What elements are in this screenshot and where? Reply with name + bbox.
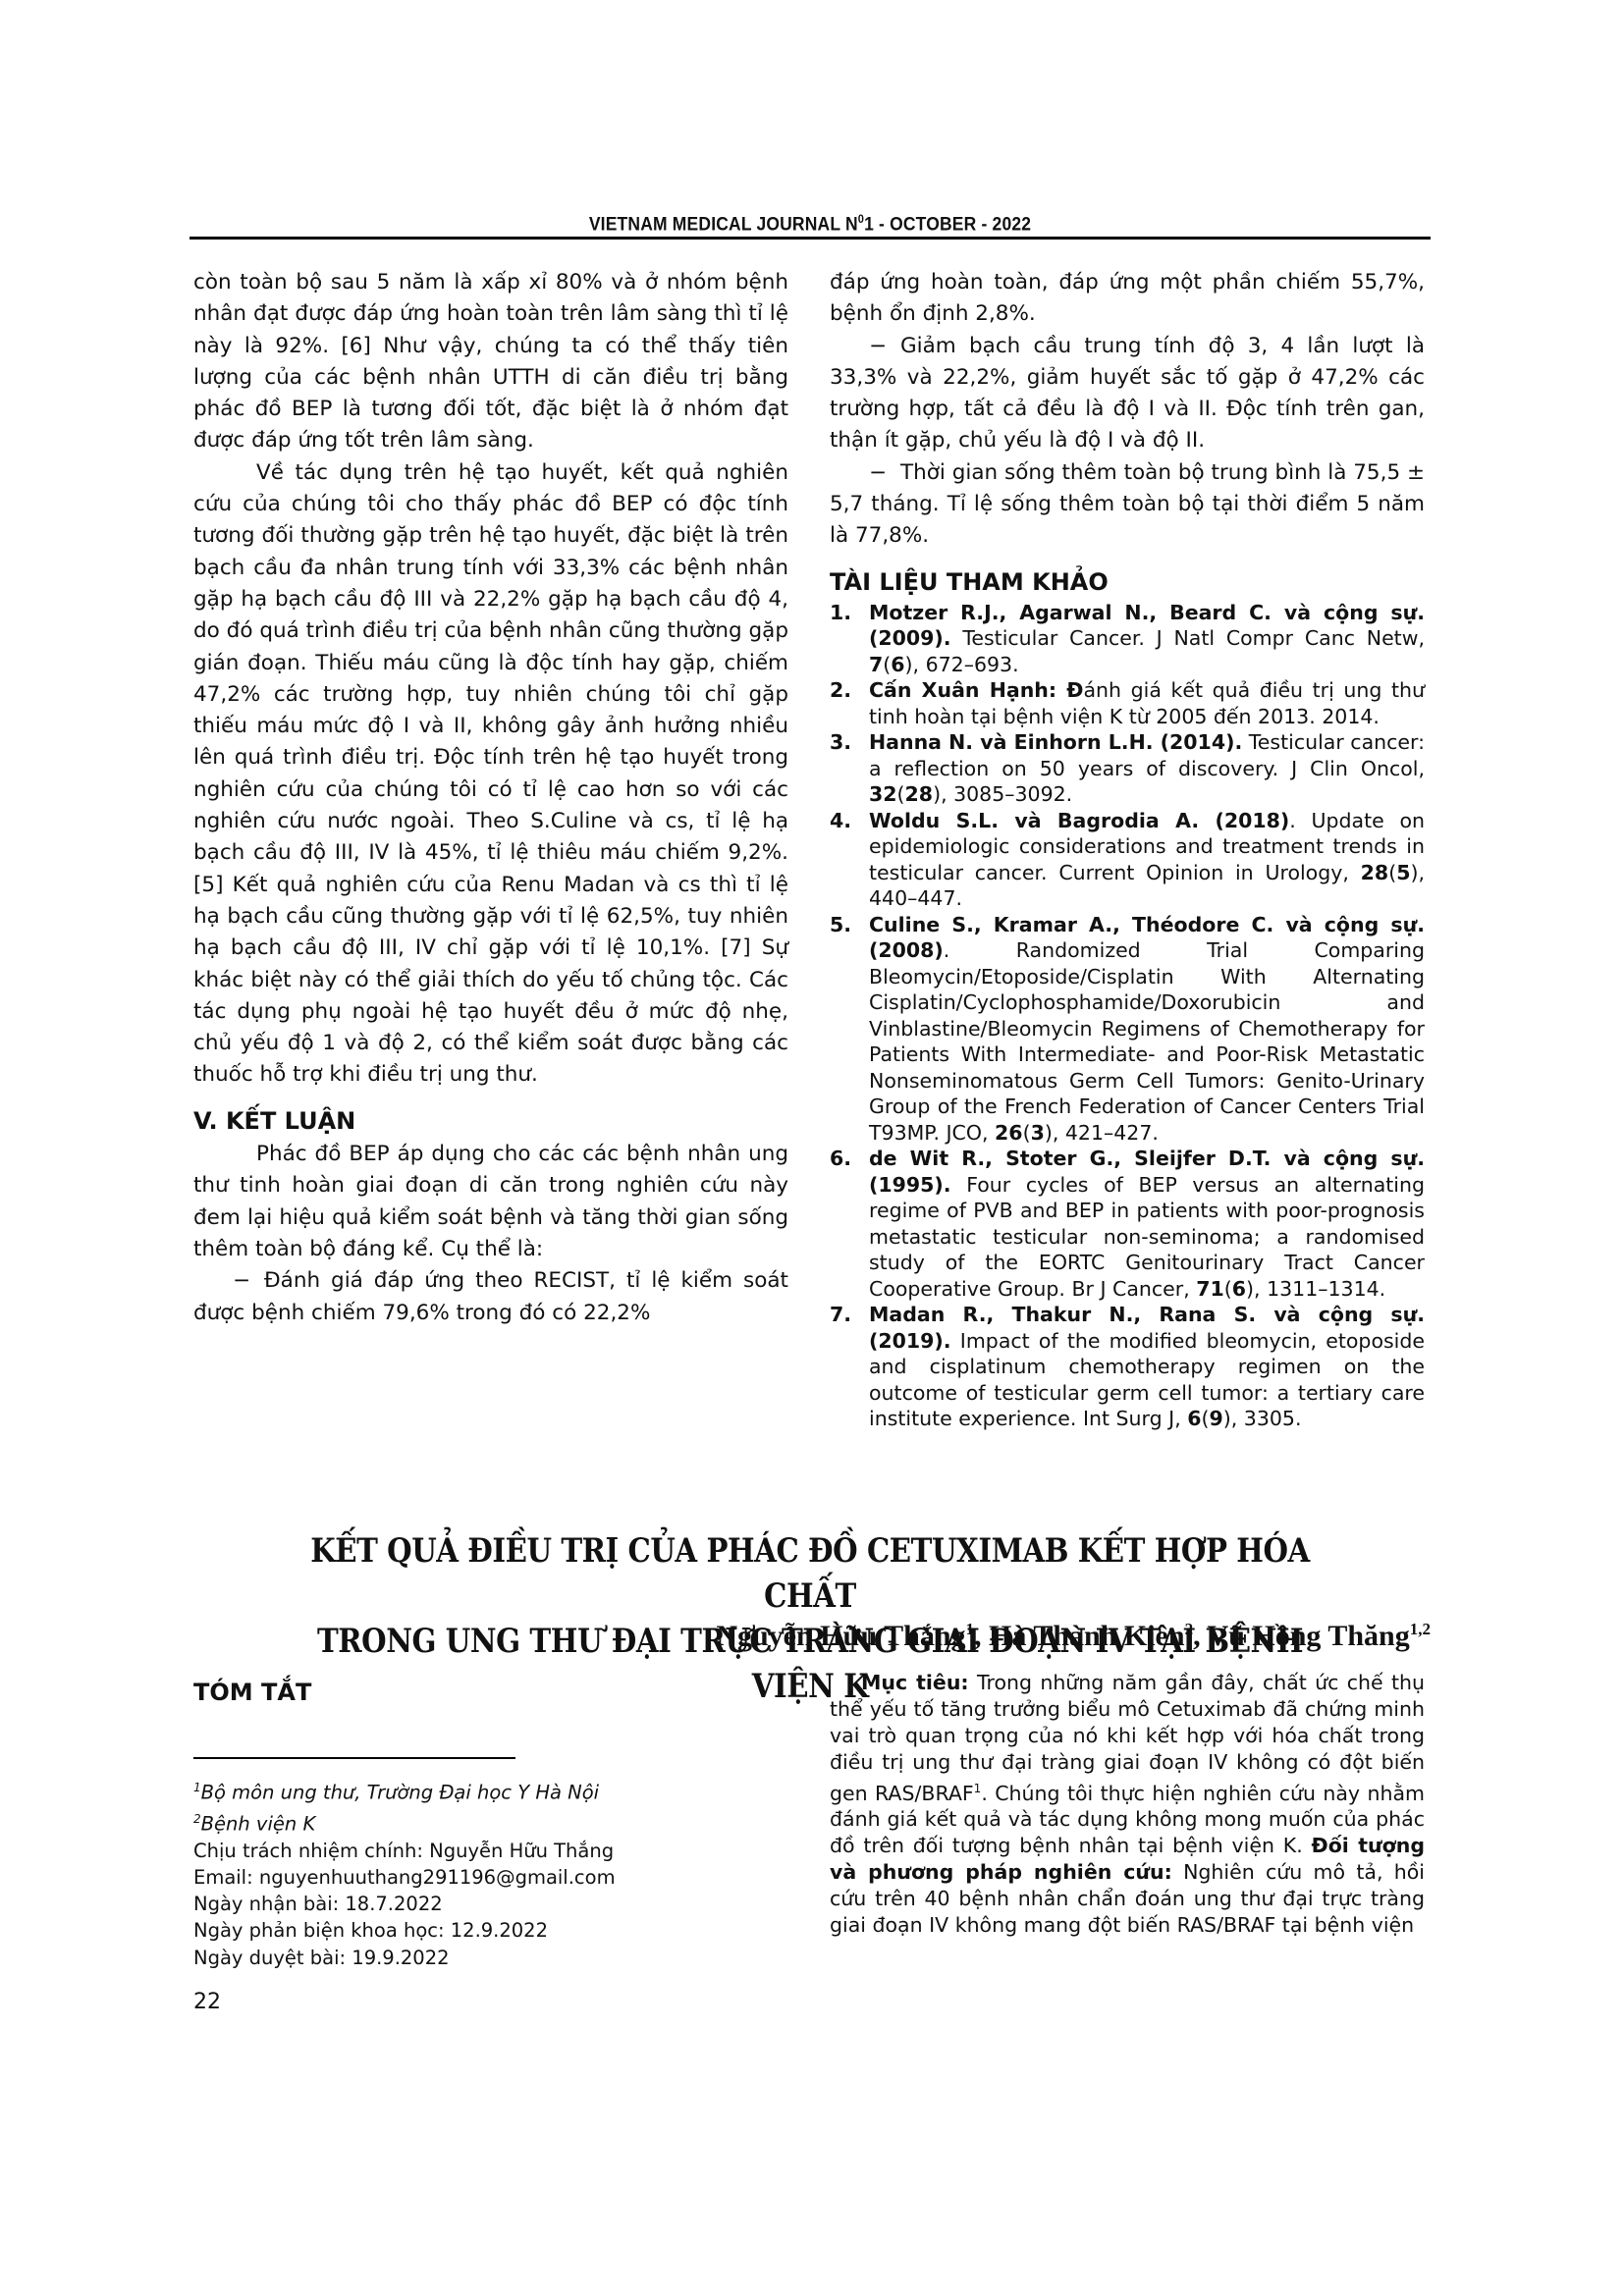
reference-issue: 6 bbox=[891, 653, 904, 676]
reference-item: 7.Madan R., Thakur N., Rana S. và cộng s… bbox=[830, 1302, 1425, 1432]
discussion-paragraph-1: còn toàn bộ sau 5 năm là xấp xỉ 80% và ở… bbox=[193, 267, 788, 457]
reference-number: 4. bbox=[830, 808, 851, 834]
reference-item: 6.de Wit R., Stoter G., Sleijfer D.T. và… bbox=[830, 1146, 1425, 1302]
journal-page: VIETNAM MEDICAL JOURNAL N01 - OCTOBER - … bbox=[0, 0, 1624, 2296]
reference-list: 1.Motzer R.J., Agarwal N., Beard C. và c… bbox=[830, 600, 1425, 1432]
footnote-rule bbox=[193, 1757, 515, 1759]
reference-text: Impact of the modified bleomycin, etopos… bbox=[869, 1329, 1425, 1431]
reference-authors: Cấn Xuân Hạnh: Đ bbox=[869, 678, 1083, 702]
reference-text: . Randomized Trial Comparing Bleomycin/E… bbox=[869, 938, 1425, 1145]
reference-pages: , 3085–3092. bbox=[941, 782, 1072, 806]
affiliation-text: Bộ môn ung thư, Trường Đại học Y Hà Nội bbox=[201, 1782, 599, 1804]
dash-bullet-icon: − bbox=[869, 457, 900, 489]
running-head-suffix: 1 - OCTOBER - 2022 bbox=[864, 214, 1031, 235]
affiliation-sup: 2 bbox=[193, 1812, 201, 1826]
dash-bullet-icon: − bbox=[233, 1265, 264, 1297]
reference-authors: Woldu S.L. và Bagrodia A. (2018) bbox=[869, 809, 1289, 832]
conclusion-bullet-2: −Giảm bạch cầu trung tính độ 3, 4 lần lư… bbox=[830, 331, 1425, 457]
reference-volume: 28 bbox=[1361, 861, 1389, 884]
reference-volume: 26 bbox=[995, 1121, 1023, 1145]
running-head: VIETNAM MEDICAL JOURNAL N01 - OCTOBER - … bbox=[240, 212, 1381, 236]
page-number: 22 bbox=[193, 1990, 221, 2014]
reference-number: 3. bbox=[830, 729, 851, 756]
reference-number: 5. bbox=[830, 912, 851, 938]
reference-pages: , 3305. bbox=[1231, 1407, 1302, 1430]
reference-volume: 32 bbox=[869, 782, 897, 806]
header-rule bbox=[189, 237, 1431, 240]
reference-issue: 3 bbox=[1031, 1121, 1045, 1145]
reference-number: 2. bbox=[830, 677, 851, 704]
reference-number: 1. bbox=[830, 600, 851, 626]
reference-number: 6. bbox=[830, 1146, 851, 1172]
conclusion-bullet-1-cont: đáp ứng hoàn toàn, đáp ứng một phần chiế… bbox=[830, 267, 1425, 331]
reference-pages: , 1311–1314. bbox=[1254, 1277, 1385, 1301]
footnotes: 1Bộ môn ung thư, Trường Đại học Y Hà Nội… bbox=[193, 1775, 788, 1971]
affiliation-sup: 1 bbox=[193, 1781, 201, 1794]
abstract-body: Mục tiêu: Trong những năm gần đây, chất … bbox=[830, 1670, 1425, 1939]
author-separator: , bbox=[974, 1620, 989, 1652]
reference-item: 2.Cấn Xuân Hạnh: Đánh giá kết quả điều t… bbox=[830, 677, 1425, 729]
right-column: đáp ứng hoàn toàn, đáp ứng một phần chiế… bbox=[830, 267, 1425, 1432]
reference-authors: Hanna N. và Einhorn L.H. (2014). bbox=[869, 730, 1242, 754]
reference-text: Testicular Cancer. J Natl Compr Canc Net… bbox=[951, 626, 1425, 650]
affiliation-2: 2Bệnh viện K bbox=[193, 1806, 788, 1838]
reference-issue: 5 bbox=[1396, 861, 1410, 884]
reference-issue: 9 bbox=[1210, 1407, 1223, 1430]
article-title-line-1: KẾT QUẢ ĐIỀU TRỊ CỦA PHÁC ĐỒ CETUXIMAB K… bbox=[276, 1528, 1343, 1619]
conclusion-bullet-3: −Thời gian sống thêm toàn bộ trung bình … bbox=[830, 457, 1425, 553]
author-separator: , bbox=[1193, 1620, 1207, 1652]
reference-volume: 7 bbox=[869, 653, 883, 676]
author-name: Vũ Hồng Thăng bbox=[1208, 1620, 1410, 1652]
author-affiliation: 1 bbox=[966, 1620, 975, 1638]
accepted-date: Ngày duyệt bài: 19.9.2022 bbox=[193, 1945, 788, 1971]
reference-pages: , 672–693. bbox=[913, 653, 1019, 676]
references-heading: TÀI LIỆU THAM KHẢO bbox=[830, 566, 1425, 598]
discussion-paragraph-2: Về tác dụng trên hệ tạo huyết, kết quả n… bbox=[193, 457, 788, 1092]
email: Email: nguyenhuuthang291196@gmail.com bbox=[193, 1864, 788, 1891]
conclusion-intro: Phác đồ BEP áp dụng cho các các bệnh nhâ… bbox=[193, 1139, 788, 1265]
author-name: Hà Thành Kiên bbox=[989, 1620, 1185, 1652]
author-name: Nguyễn Hữu Thắng bbox=[716, 1620, 965, 1652]
received-date: Ngày nhận bài: 18.7.2022 bbox=[193, 1891, 788, 1917]
conclusion-bullet-2-text: Giảm bạch cầu trung tính độ 3, 4 lần lượ… bbox=[830, 334, 1425, 454]
reference-item: 1.Motzer R.J., Agarwal N., Beard C. và c… bbox=[830, 600, 1425, 678]
conclusion-heading: V. KẾT LUẬN bbox=[193, 1105, 788, 1137]
reference-number: 7. bbox=[830, 1302, 851, 1328]
affiliation-1: 1Bộ môn ung thư, Trường Đại học Y Hà Nội bbox=[193, 1775, 788, 1806]
author-list: Nguyễn Hữu Thắng1, Hà Thành Kiên2, Vũ Hồ… bbox=[716, 1620, 1431, 1653]
abstract-paragraph: Mục tiêu: Trong những năm gần đây, chất … bbox=[830, 1670, 1425, 1939]
abstract-heading: TÓM TẮT bbox=[193, 1679, 311, 1706]
corresponding-author: Chịu trách nhiệm chính: Nguyễn Hữu Thắng bbox=[193, 1838, 788, 1864]
conclusion-bullet-1-text: Đánh giá đáp ứng theo RECIST, tỉ lệ kiểm… bbox=[193, 1268, 788, 1324]
dash-bullet-icon: − bbox=[869, 331, 900, 362]
reference-volume: 71 bbox=[1196, 1277, 1224, 1301]
left-column: còn toàn bộ sau 5 năm là xấp xỉ 80% và ở… bbox=[193, 267, 788, 1329]
author-affiliation: 1,2 bbox=[1410, 1620, 1431, 1638]
reference-item: 4.Woldu S.L. và Bagrodia A. (2018). Upda… bbox=[830, 808, 1425, 912]
objective-label: Mục tiêu: bbox=[861, 1671, 969, 1694]
reference-issue: 6 bbox=[1232, 1277, 1246, 1301]
conclusion-bullet-3-text: Thời gian sống thêm toàn bộ trung bình l… bbox=[830, 460, 1425, 549]
reference-issue: 28 bbox=[905, 782, 934, 806]
conclusion-bullet-1: −Đánh giá đáp ứng theo RECIST, tỉ lệ kiể… bbox=[193, 1265, 788, 1329]
reference-pages: , 421–427. bbox=[1053, 1121, 1159, 1145]
affiliation-text: Bệnh viện K bbox=[201, 1812, 316, 1835]
reference-item: 5.Culine S., Kramar A., Théodore C. và c… bbox=[830, 912, 1425, 1147]
author-affiliation: 2 bbox=[1185, 1620, 1194, 1638]
reference-item: 3.Hanna N. và Einhorn L.H. (2014). Testi… bbox=[830, 729, 1425, 808]
review-date: Ngày phản biện khoa học: 12.9.2022 bbox=[193, 1917, 788, 1944]
reference-volume: 6 bbox=[1187, 1407, 1201, 1430]
running-head-prefix: VIETNAM MEDICAL JOURNAL N bbox=[589, 214, 858, 235]
